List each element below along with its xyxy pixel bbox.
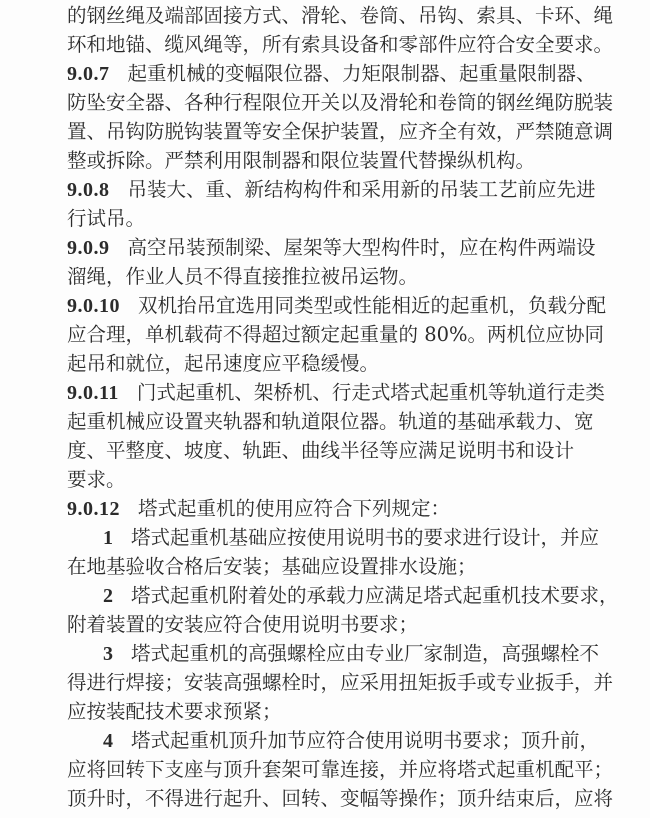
line-text: 塔式起重机基础应按使用说明书的要求进行设计，并应 xyxy=(131,526,599,549)
text-line: 起吊和就位，起吊速度应平稳缓慢。 xyxy=(67,349,569,378)
line-text: 附着装置的安装应符合使用说明书要求； xyxy=(67,613,418,636)
clause-9-0-8: 9.0.8吊装大、重、新结构构件和采用新的吊装工艺前应先进 xyxy=(67,175,569,204)
text-line: 附着装置的安装应符合使用说明书要求； xyxy=(67,610,569,639)
line-text: 置、吊钩防脱钩装置等安全保护装置，应齐全有效，严禁随意调 xyxy=(67,120,613,143)
list-item-2: 2塔式起重机附着处的承载力应满足塔式起重机技术要求， xyxy=(103,581,569,610)
clause-number: 9.0.11 xyxy=(67,382,119,404)
line-text: 应将回转下支座与顶升套架可靠连接，并应将塔式起重机配平； xyxy=(67,758,613,781)
clause-number: 9.0.10 xyxy=(67,295,120,317)
line-text: 环和地锚、缆风绳等，所有索具设备和零部件应符合安全要求。 xyxy=(67,33,613,56)
clause-number: 9.0.7 xyxy=(67,63,110,85)
text-line: 在地基验收合格后安装；基础应设置排水设施； xyxy=(67,552,569,581)
clause-9-0-12: 9.0.12塔式起重机的使用应符合下列规定： xyxy=(67,494,569,523)
list-item-1: 1塔式起重机基础应按使用说明书的要求进行设计，并应 xyxy=(103,523,569,552)
line-text: 在地基验收合格后安装；基础应设置排水设施； xyxy=(67,555,477,578)
line-text: 高空吊装预制梁、屋架等大型构件时，应在构件两端设 xyxy=(128,236,596,259)
text-line: 度、平整度、坡度、轨距、曲线半径等应满足说明书和设计 xyxy=(67,436,569,465)
text-line: 整或拆除。严禁利用限制器和限位装置代替操纵机构。 xyxy=(67,146,569,175)
clause-number: 9.0.9 xyxy=(67,237,110,259)
text-line: 应将回转下支座与顶升套架可靠连接，并应将塔式起重机配平； xyxy=(67,755,569,784)
line-text: 塔式起重机的使用应符合下列规定： xyxy=(138,497,450,520)
clause-number: 9.0.8 xyxy=(67,179,110,201)
line-text: 吊装大、重、新结构构件和采用新的吊装工艺前应先进 xyxy=(128,178,596,201)
line-text: 的钢丝绳及端部固接方式、滑轮、卷筒、吊钩、索具、卡环、绳 xyxy=(67,4,613,27)
line-text: 溜绳，作业人员不得直接推拉被吊运物。 xyxy=(67,265,418,288)
text-line: 应按装配技术要求预紧； xyxy=(67,697,569,726)
item-number: 4 xyxy=(103,730,113,752)
line-text: 起吊和就位，起吊速度应平稳缓慢。 xyxy=(67,352,379,375)
item-number: 1 xyxy=(103,527,113,549)
line-text: 双机抬吊宜选用同类型或性能相近的起重机，负载分配 xyxy=(138,294,606,317)
text-line: 行试吊。 xyxy=(67,204,569,233)
line-text: 顶升时，不得进行起升、回转、变幅等操作；顶升结束后，应将 xyxy=(67,787,613,810)
line-text: 塔式起重机的高强螺栓应由专业厂家制造，高强螺栓不 xyxy=(131,642,599,665)
line-text: 塔式起重机顶升加节应符合使用说明书要求；顶升前， xyxy=(131,729,599,752)
clause-number: 9.0.12 xyxy=(67,498,120,520)
line-text: 防坠安全器、各种行程限位开关以及滑轮和卷筒的钢丝绳防脱装 xyxy=(67,91,613,114)
text-line: 得进行焊接；安装高强螺栓时，应采用扭矩扳手或专业扳手，并 xyxy=(67,668,569,697)
text-line: 置、吊钩防脱钩装置等安全保护装置，应齐全有效，严禁随意调 xyxy=(67,117,569,146)
text-line: 的钢丝绳及端部固接方式、滑轮、卷筒、吊钩、索具、卡环、绳 xyxy=(67,1,569,30)
clause-9-0-9: 9.0.9高空吊装预制梁、屋架等大型构件时，应在构件两端设 xyxy=(67,233,569,262)
line-text: 应按装配技术要求预紧； xyxy=(67,700,282,723)
text-line: 要求。 xyxy=(67,465,569,494)
line-text: 得进行焊接；安装高强螺栓时，应采用扭矩扳手或专业扳手，并 xyxy=(67,671,613,694)
document-page: 的钢丝绳及端部固接方式、滑轮、卷筒、吊钩、索具、卡环、绳 环和地锚、缆风绳等，所… xyxy=(0,0,650,818)
line-text: 塔式起重机附着处的承载力应满足塔式起重机技术要求， xyxy=(131,584,619,607)
line-text: 应合理，单机载荷不得超过额定起重量的 80%。两机位应协同 xyxy=(67,323,604,346)
line-text: 门式起重机、架桥机、行走式塔式起重机等轨道行走类 xyxy=(137,381,605,404)
clause-9-0-7: 9.0.7起重机械的变幅限位器、力矩限制器、起重量限制器、 xyxy=(67,59,569,88)
clause-9-0-11: 9.0.11门式起重机、架桥机、行走式塔式起重机等轨道行走类 xyxy=(67,378,569,407)
line-text: 整或拆除。严禁利用限制器和限位装置代替操纵机构。 xyxy=(67,149,535,172)
item-number: 2 xyxy=(103,585,113,607)
text-line: 起重机械应设置夹轨器和轨道限位器。轨道的基础承载力、宽 xyxy=(67,407,569,436)
text-line: 溜绳，作业人员不得直接推拉被吊运物。 xyxy=(67,262,569,291)
item-number: 3 xyxy=(103,643,113,665)
list-item-4: 4塔式起重机顶升加节应符合使用说明书要求；顶升前， xyxy=(103,726,569,755)
text-line: 防坠安全器、各种行程限位开关以及滑轮和卷筒的钢丝绳防脱装 xyxy=(67,88,569,117)
list-item-3: 3塔式起重机的高强螺栓应由专业厂家制造，高强螺栓不 xyxy=(103,639,569,668)
line-text: 起重机械的变幅限位器、力矩限制器、起重量限制器、 xyxy=(128,62,596,85)
line-text: 要求。 xyxy=(67,468,126,491)
line-text: 起重机械应设置夹轨器和轨道限位器。轨道的基础承载力、宽 xyxy=(67,410,594,433)
line-text: 行试吊。 xyxy=(67,207,145,230)
text-line: 环和地锚、缆风绳等，所有索具设备和零部件应符合安全要求。 xyxy=(67,30,569,59)
text-line: 顶升时，不得进行起升、回转、变幅等操作；顶升结束后，应将 xyxy=(67,784,569,813)
text-line: 应合理，单机载荷不得超过额定起重量的 80%。两机位应协同 xyxy=(67,320,569,349)
clause-9-0-10: 9.0.10双机抬吊宜选用同类型或性能相近的起重机，负载分配 xyxy=(67,291,569,320)
line-text: 度、平整度、坡度、轨距、曲线半径等应满足说明书和设计 xyxy=(67,439,574,462)
